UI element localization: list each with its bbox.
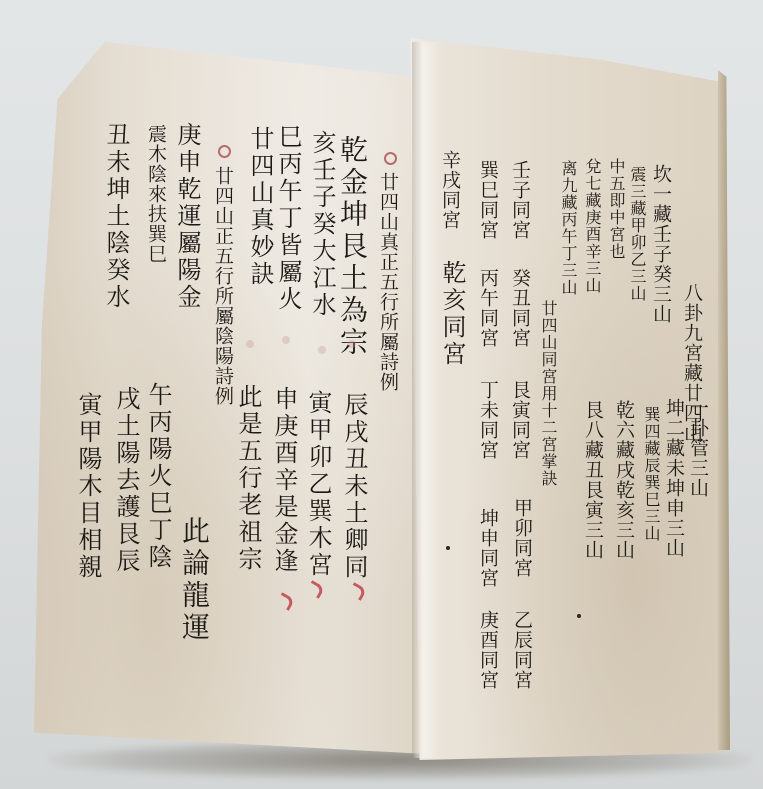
text-column: 此是五行老祖宗 bbox=[236, 384, 260, 573]
text-column: 此論龍運 bbox=[180, 516, 208, 644]
book-spine bbox=[412, 42, 438, 758]
text-column: 庚酉同宮 bbox=[478, 610, 497, 690]
text-column: 离九藏丙午丁三山 bbox=[560, 160, 576, 296]
text-column: 甲卯同宮 bbox=[512, 498, 531, 578]
text-column: 廿四山真正五行所屬詩例 bbox=[378, 172, 397, 392]
text-column: 艮寅同宮 bbox=[510, 380, 529, 460]
text-column: 坤申同宮 bbox=[478, 508, 497, 588]
text-column: 丑未坤土陰癸水 bbox=[104, 122, 128, 311]
text-column: 巳丙午丁皆屬火 bbox=[276, 124, 300, 313]
circle-mark-icon bbox=[218, 145, 231, 158]
faint-mark bbox=[282, 336, 290, 344]
text-column: 壬子同宮 bbox=[510, 160, 529, 240]
ink-dot bbox=[577, 614, 581, 618]
text-column: 乙辰同宮 bbox=[512, 610, 531, 690]
text-column: 廿四山同宮用十二宮掌訣 bbox=[540, 300, 556, 487]
text-column: 辛戌同宮 bbox=[440, 150, 459, 230]
text-column: 坎一藏壬子癸三山 bbox=[651, 164, 670, 324]
text-column: 中五即中宮也 bbox=[608, 158, 624, 260]
text-column: 一卦管三山 bbox=[688, 398, 707, 498]
text-column: 震木陰來扶巽巳 bbox=[146, 124, 165, 264]
text-column: 寅甲卯乙巽木宮 bbox=[306, 390, 330, 579]
text-column: 丙午同宮 bbox=[478, 268, 497, 348]
text-column: 乾金坤艮土為宗 bbox=[338, 135, 366, 359]
text-column: 巽巳同宮 bbox=[478, 160, 497, 240]
ink-dot bbox=[446, 546, 450, 550]
text-column: 廿四山正五行所屬陰陽詩例 bbox=[213, 166, 232, 406]
text-column: 坤二藏未坤申三山 bbox=[664, 398, 683, 558]
text-column: 巽四藏辰巽巳三山 bbox=[643, 406, 659, 542]
text-column: 震三藏甲卯乙三山 bbox=[629, 166, 645, 302]
text-column: 辰戌丑未土卿同 bbox=[342, 392, 366, 581]
text-column: 艮八藏丑艮寅三山 bbox=[583, 400, 602, 560]
text-column: 乾六藏戌乾亥三山 bbox=[614, 400, 633, 560]
text-column: 戌土陽去護艮辰 bbox=[114, 386, 138, 575]
faint-mark bbox=[318, 346, 326, 354]
text-column: 寅甲陽木目相親 bbox=[76, 392, 100, 581]
text-column: 申庚酉辛是金逢 bbox=[272, 386, 296, 575]
faint-mark bbox=[348, 340, 356, 348]
text-column: 廿四山真妙訣 bbox=[248, 126, 272, 288]
text-column: 兌七藏庚酉辛三山 bbox=[584, 158, 600, 294]
text-column: 庚申乾運屬陽金 bbox=[175, 122, 199, 311]
faint-mark bbox=[246, 340, 254, 348]
text-column: 午丙陽火巳丁陰 bbox=[146, 382, 170, 571]
text-column: 乾亥同宮 bbox=[440, 260, 464, 368]
text-column: 亥壬子癸大江水 bbox=[310, 130, 334, 319]
circle-mark-icon bbox=[384, 152, 397, 165]
text-column: 丁未同宮 bbox=[478, 380, 497, 460]
text-column: 癸丑同宮 bbox=[510, 268, 529, 348]
